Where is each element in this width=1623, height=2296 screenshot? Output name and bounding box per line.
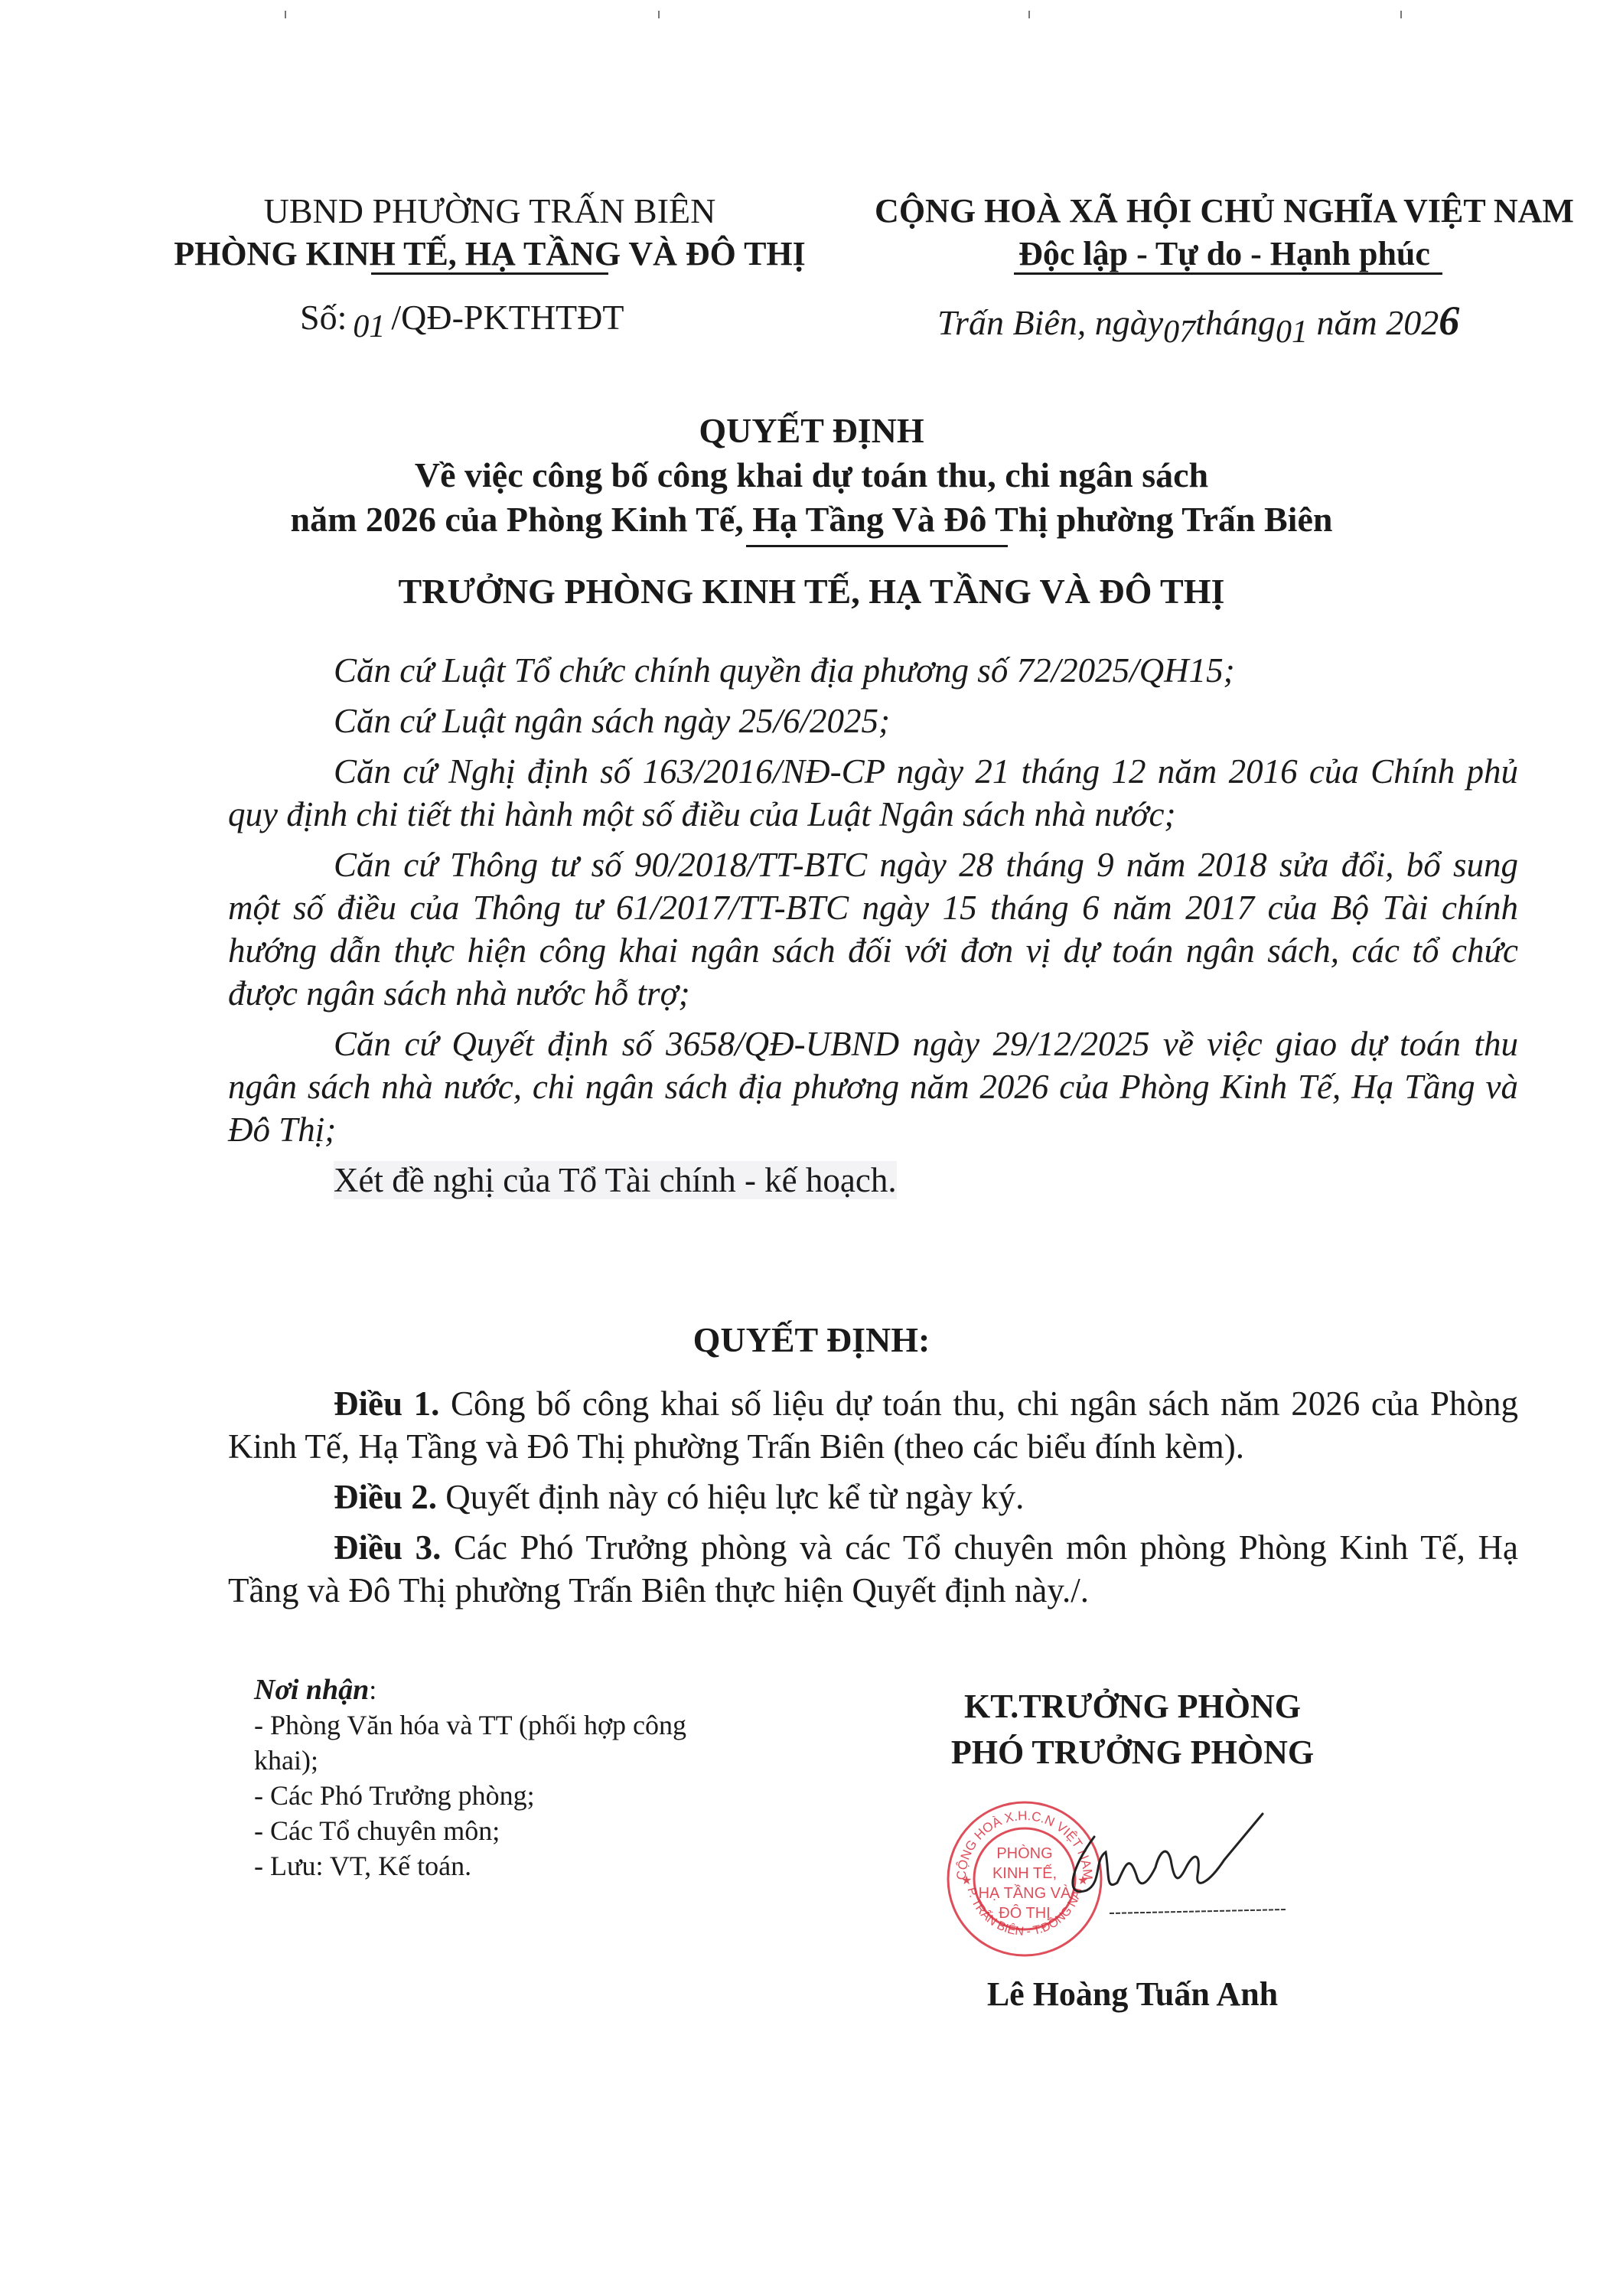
scan-mark	[1400, 11, 1402, 18]
signature-line-1: KT.TRƯỞNG PHÒNG	[903, 1684, 1362, 1730]
national-title: CỘNG HOÀ XÃ HỘI CHỦ NGHĨA VIỆT NAM Độc l…	[842, 190, 1607, 276]
scan-mark	[1028, 11, 1030, 18]
date-year-label: năm	[1316, 303, 1377, 342]
recipient-item: - Phòng Văn hóa và TT (phối hợp công kha…	[254, 1707, 713, 1778]
signature-title: KT.TRƯỞNG PHÒNG PHÓ TRƯỞNG PHÒNG	[903, 1684, 1362, 1776]
motto-underline	[1014, 272, 1442, 275]
recipients-label: Nơi nhận	[254, 1674, 369, 1706]
article-2: Điều 2. Quyết định này có hiệu lực kể từ…	[228, 1476, 1518, 1518]
legal-basis: Căn cứ Quyết định số 3658/QĐ-UBND ngày 2…	[228, 1022, 1518, 1151]
svg-text:KINH TẾ,: KINH TẾ,	[992, 1864, 1057, 1882]
legal-basis: Căn cứ Luật Tổ chức chính quyền địa phươ…	[228, 649, 1518, 692]
date-place: Trấn Biên, ngày	[937, 303, 1163, 342]
legal-basis: Căn cứ Nghị định số 163/2016/NĐ-CP ngày …	[228, 750, 1518, 836]
date-day: 07	[1163, 315, 1195, 350]
title-main: QUYẾT ĐỊNH	[0, 409, 1623, 453]
document-number: Số:01/QĐ-PKTHTĐT	[300, 297, 624, 338]
title-subject-1: Về việc công bố công khai dự toán thu, c…	[0, 453, 1623, 497]
date-month-label: tháng	[1195, 303, 1276, 342]
title-underline	[746, 545, 1008, 547]
date-year-last-digit: 6	[1439, 298, 1459, 344]
agency-underline	[371, 272, 608, 275]
recipients: Nơi nhận: - Phòng Văn hóa và TT (phối hợ…	[254, 1672, 713, 1883]
handwritten-signature-icon	[1064, 1806, 1286, 1921]
article-label: Điều 3.	[334, 1528, 441, 1567]
proposal: Xét đề nghị của Tổ Tài chính - kế hoạch.	[228, 1159, 1518, 1202]
decision-heading: QUYẾT ĐỊNH:	[0, 1319, 1623, 1360]
country-name: CỘNG HOÀ XÃ HỘI CHỦ NGHĨA VIỆT NAM	[842, 190, 1607, 233]
svg-text:ĐÔ THỊ: ĐÔ THỊ	[999, 1904, 1050, 1922]
scan-mark	[658, 11, 660, 18]
recipient-item: - Các Phó Trưởng phòng;	[254, 1778, 713, 1813]
number-suffix: /QĐ-PKTHTĐT	[391, 298, 624, 337]
issuing-authority: TRƯỞNG PHÒNG KINH TẾ, HẠ TẦNG VÀ ĐÔ THỊ	[0, 571, 1623, 612]
issuing-agency: UBND PHƯỜNG TRẤN BIÊN PHÒNG KINH TẾ, HẠ …	[145, 190, 834, 276]
article-text: Quyết định này có hiệu lực kể từ ngày ký…	[437, 1478, 1024, 1516]
agency-parent: UBND PHƯỜNG TRẤN BIÊN	[145, 190, 834, 233]
number-label: Số:	[300, 298, 347, 337]
legal-basis: Căn cứ Luật ngân sách ngày 25/6/2025;	[228, 700, 1518, 742]
article-1: Điều 1. Công bố công khai số liệu dự toá…	[228, 1382, 1518, 1468]
title-subject-2: năm 2026 của Phòng Kinh Tế, Hạ Tầng Và Đ…	[0, 497, 1623, 542]
legal-bases: Căn cứ Luật Tổ chức chính quyền địa phươ…	[228, 649, 1518, 1209]
date-year: 202	[1386, 303, 1439, 342]
agency-name: PHÒNG KINH TẾ, HẠ TẦNG VÀ ĐÔ THỊ	[145, 233, 834, 276]
scan-mark	[285, 11, 286, 18]
article-3: Điều 3. Các Phó Trưởng phòng và các Tổ c…	[228, 1526, 1518, 1612]
article-label: Điều 1.	[334, 1384, 439, 1423]
article-label: Điều 2.	[334, 1478, 437, 1516]
legal-basis: Căn cứ Thông tư số 90/2018/TT-BTC ngày 2…	[228, 843, 1518, 1015]
svg-text:HẠ TẦNG VÀ: HẠ TẦNG VÀ	[979, 1884, 1071, 1902]
signer-name: Lê Hoàng Tuấn Anh	[903, 1975, 1362, 2014]
motto: Độc lập - Tự do - Hạnh phúc	[842, 233, 1607, 276]
date-month: 01	[1276, 315, 1308, 350]
svg-text:PHÒNG: PHÒNG	[996, 1844, 1052, 1862]
svg-text:★: ★	[961, 1874, 972, 1887]
signature-line-2: PHÓ TRƯỞNG PHÒNG	[903, 1730, 1362, 1776]
proposal-text: Xét đề nghị của Tổ Tài chính - kế hoạch.	[334, 1161, 897, 1199]
recipient-item: - Các Tổ chuyên môn;	[254, 1813, 713, 1848]
number-value: 01	[353, 309, 385, 344]
document-date: Trấn Biên, ngày07tháng01 năm 2026	[937, 297, 1459, 344]
articles: Điều 1. Công bố công khai số liệu dự toá…	[228, 1382, 1518, 1619]
recipient-item: - Lưu: VT, Kế toán.	[254, 1848, 713, 1883]
document-title: QUYẾT ĐỊNH Về việc công bố công khai dự …	[0, 409, 1623, 542]
